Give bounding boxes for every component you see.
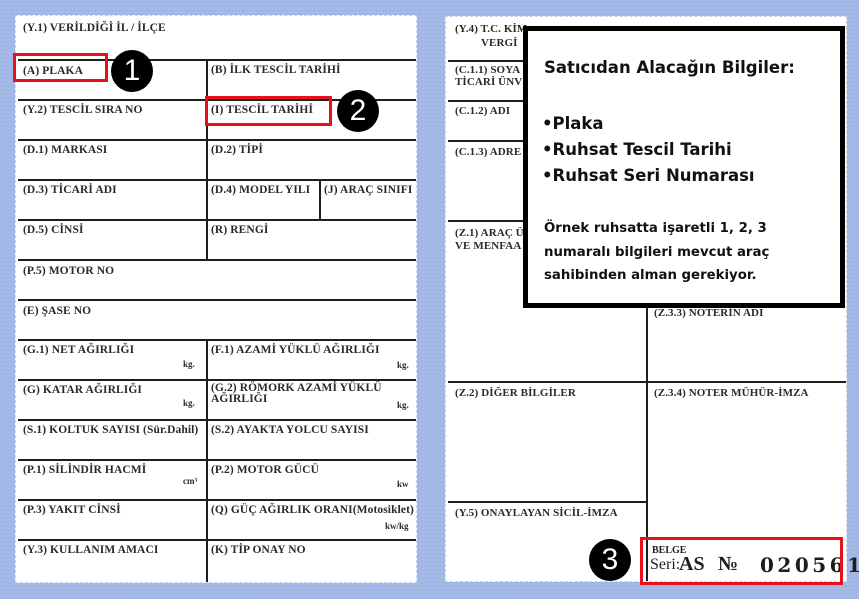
field-label-y4-line2: VERGİ	[481, 37, 518, 49]
field-label-g1: (G.1) NET AĞIRLIĞI	[23, 344, 134, 356]
divider	[18, 219, 416, 221]
unit-label: kg.	[397, 400, 409, 410]
field-label-d3: (D.3) TİCARİ ADI	[23, 184, 117, 196]
field-label-y2: (Y.2) TESCİL SIRA NO	[23, 104, 143, 116]
field-label-z1-line1: (Z.1) ARAÇ Ü	[455, 227, 524, 239]
unit-label: kw	[397, 479, 409, 489]
field-label-r: (R) RENGİ	[211, 224, 268, 236]
badge-3: 3	[589, 539, 631, 581]
field-label-q: (Q) GÜÇ AĞIRLIK ORANI(Motosiklet)	[211, 504, 414, 516]
unit-label: kg.	[397, 360, 409, 370]
unit-label: cm³	[183, 476, 197, 486]
field-label-z2: (Z.2) DİĞER BİLGİLER	[455, 387, 576, 399]
unit-label: kg.	[183, 359, 195, 369]
field-label-y4-line1: (Y.4) T.C. KİM	[455, 23, 527, 35]
field-label-g2-line2: AĞIRLIĞI	[211, 393, 267, 405]
field-label-p5: (P.5) MOTOR NO	[23, 265, 114, 277]
field-label-d2: (D.2) TİPİ	[211, 144, 263, 156]
divider	[448, 501, 648, 503]
field-label-c13: (C.1.3) ADRE	[455, 146, 521, 158]
field-label-d4: (D.4) MODEL YILI	[211, 184, 310, 196]
info-panel-title: Satıcıdan Alacağın Bilgiler:	[544, 58, 795, 77]
field-label-s2: (S.2) AYAKTA YOLCU SAYISI	[211, 424, 369, 436]
divider	[18, 139, 416, 141]
field-label-p2: (P.2) MOTOR GÜCÜ	[211, 464, 319, 476]
highlight-serial-number	[640, 537, 843, 585]
divider	[206, 339, 208, 582]
field-label-s1: (S.1) KOLTUK SAYISI (Sür.Dahil)	[23, 424, 198, 436]
info-list-item: •Ruhsat Tescil Tarihi	[542, 137, 755, 163]
field-label-g: (G) KATAR AĞIRLIĞI	[23, 384, 142, 396]
field-label-j: (J) ARAÇ SINIFI	[324, 184, 412, 196]
divider	[18, 379, 416, 381]
field-label-k: (K) TİP ONAY NO	[211, 544, 306, 556]
field-label-c11-line2: TİCARİ ÜNV	[455, 76, 522, 88]
divider	[18, 459, 416, 461]
divider	[18, 539, 416, 541]
divider	[18, 259, 416, 261]
field-label-p1: (P.1) SİLİNDİR HACMİ	[23, 464, 146, 476]
field-label-c12: (C.1.2) ADI	[455, 105, 510, 117]
divider	[18, 499, 416, 501]
info-list-item: •Plaka	[542, 111, 755, 137]
unit-label: kw/kg	[385, 521, 409, 531]
field-label-y3: (Y.3) KULLANIM AMACI	[23, 544, 158, 556]
field-label-d5: (D.5) CİNSİ	[23, 224, 84, 236]
divider	[18, 179, 416, 181]
field-label-z1-line2: VE MENFAA	[455, 240, 521, 252]
info-list-item: •Ruhsat Seri Numarası	[542, 163, 755, 189]
field-label-z33: (Z.3.3) NOTERİN ADI	[654, 307, 763, 319]
info-panel-note: Örnek ruhsatta işaretli 1, 2, 3 numaralı…	[544, 217, 834, 288]
badge-2: 2	[337, 90, 379, 132]
field-label-z34: (Z.3.4) NOTER MÜHÜR-İMZA	[654, 387, 809, 399]
field-label-y5: (Y.5) ONAYLAYAN SİCİL-İMZA	[455, 507, 618, 519]
field-label-c11-line1: (C.1.1) SOYA	[455, 64, 520, 76]
info-panel-list: •Plaka •Ruhsat Tescil Tarihi •Ruhsat Ser…	[542, 111, 755, 189]
divider	[18, 339, 416, 341]
divider	[206, 59, 208, 259]
field-label-d1: (D.1) MARKASI	[23, 144, 107, 156]
field-label-f1: (F.1) AZAMİ YÜKLÜ AĞIRLIĞI	[211, 344, 380, 356]
highlight-tescil-tarihi	[205, 96, 332, 126]
field-label-y1: (Y.1) VERİLDİĞİ İL / İLÇE	[23, 22, 166, 34]
unit-label: kg.	[183, 398, 195, 408]
field-label-ilk-tescil: (B) İLK TESCİL TARİHİ	[211, 64, 341, 76]
field-label-p3: (P.3) YAKIT CİNSİ	[23, 504, 121, 516]
divider	[319, 179, 321, 219]
divider	[18, 299, 416, 301]
field-label-e: (E) ŞASE NO	[23, 305, 91, 317]
badge-1: 1	[111, 50, 153, 92]
highlight-plaka	[13, 53, 108, 82]
info-callout-panel: Satıcıdan Alacağın Bilgiler: •Plaka •Ruh…	[523, 26, 845, 308]
divider	[18, 419, 416, 421]
